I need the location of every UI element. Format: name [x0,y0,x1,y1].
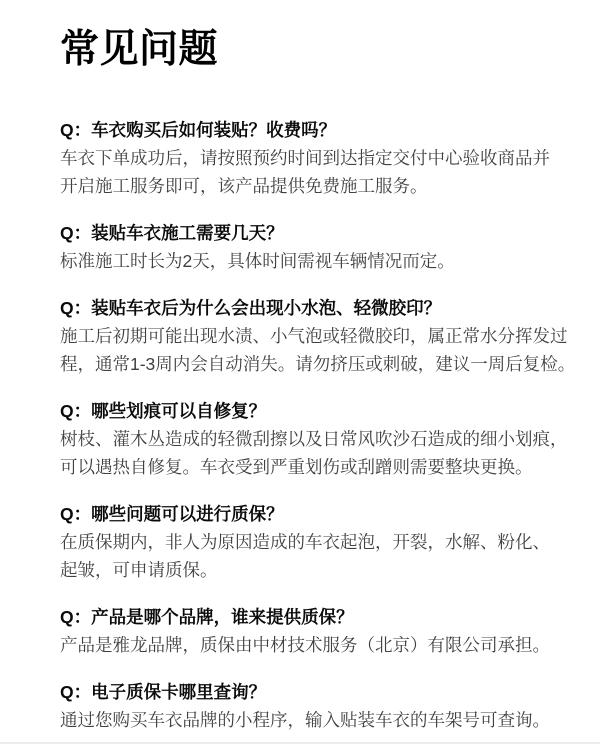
faq-item: Q：哪些问题可以进行质保？ 在质保期内，非人为原因造成的车衣起泡，开裂，水解、粉… [60,500,560,584]
faq-item: Q：装贴车衣施工需要几天？ 标准施工时长为2天，具体时间需视车辆情况而定。 [60,219,560,275]
faq-question: Q：哪些划痕可以自修复？ [60,397,560,425]
faq-answer: 树枝、灌木丛造成的轻微刮擦以及日常风吹沙石造成的细小划痕， 可以遇热自修复。车衣… [60,425,560,481]
faq-question: Q：装贴车衣施工需要几天？ [60,219,560,247]
faq-question: Q：电子质保卡哪里查询？ [60,678,560,706]
page-title: 常见问题 [60,26,560,74]
faq-answer: 车衣下单成功后，请按照预约时间到达指定交付中心验收商品并 开启施工服务即可，该产… [60,144,560,200]
faq-item: Q：产品是哪个品牌，谁来提供质保？ 产品是雅龙品牌，质保由中材技术服务（北京）有… [60,603,560,659]
faq-question: Q：产品是哪个品牌，谁来提供质保？ [60,603,560,631]
faq-answer: 通过您购买车衣品牌的小程序，输入贴装车衣的车架号可查询。 [60,706,560,734]
faq-answer: 在质保期内，非人为原因造成的车衣起泡，开裂，水解、粉化、 起皱，可申请质保。 [60,528,560,584]
faq-item: Q：电子质保卡哪里查询？ 通过您购买车衣品牌的小程序，输入贴装车衣的车架号可查询… [60,678,560,734]
faq-answer: 标准施工时长为2天，具体时间需视车辆情况而定。 [60,247,560,275]
faq-content: 常见问题 Q：车衣购买后如何装贴？收费吗？ 车衣下单成功后，请按照预约时间到达指… [0,0,600,734]
faq-page: 常见问题 Q：车衣购买后如何装贴？收费吗？ 车衣下单成功后，请按照预约时间到达指… [0,0,600,744]
faq-question: Q：哪些问题可以进行质保？ [60,500,560,528]
faq-answer: 产品是雅龙品牌，质保由中材技术服务（北京）有限公司承担。 [60,631,560,659]
faq-question: Q：装贴车衣后为什么会出现小水泡、轻微胶印？ [60,294,560,322]
faq-item: Q：装贴车衣后为什么会出现小水泡、轻微胶印？ 施工后初期可能出现水渍、小气泡或轻… [60,294,560,378]
faq-question: Q：车衣购买后如何装贴？收费吗？ [60,116,560,144]
faq-answer: 施工后初期可能出现水渍、小气泡或轻微胶印，属正常水分挥发过 程，通常1-3周内会… [60,322,560,378]
faq-item: Q：哪些划痕可以自修复？ 树枝、灌木丛造成的轻微刮擦以及日常风吹沙石造成的细小划… [60,397,560,481]
faq-item: Q：车衣购买后如何装贴？收费吗？ 车衣下单成功后，请按照预约时间到达指定交付中心… [60,116,560,200]
